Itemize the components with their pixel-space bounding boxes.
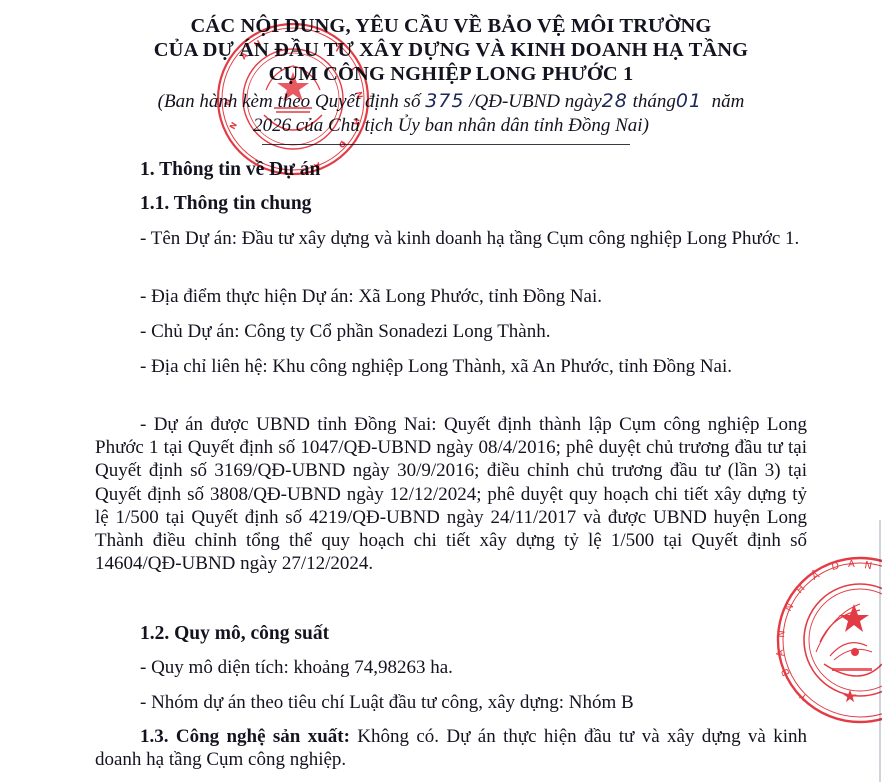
contact-address-item: - Địa chỉ liên hệ: Khu công nghiệp Long … [95, 355, 807, 378]
subtitle-mid-1: /QĐ-UBND ngày [464, 91, 601, 112]
production-technology-item: 1.3. Công nghệ sản xuất: Không có. Dự án… [95, 725, 807, 771]
handwritten-decision-number: 375 [425, 90, 464, 112]
svg-text:H: H [794, 583, 807, 596]
svg-text:Â: Â [848, 557, 855, 570]
project-name-item: - Tên Dự án: Đầu tư xây dựng và kinh doa… [95, 227, 807, 250]
document-subtitle-line-1: (Ban hành kèm theo Quyết định số 375 /QĐ… [95, 89, 807, 114]
document-page: CÁC NỘI DUNG, YÊU CẦU VỀ BẢO VỆ MÔI TRƯỜ… [0, 0, 882, 782]
subtitle-suffix: năm [702, 91, 744, 112]
handwritten-day: 28 [602, 90, 628, 112]
subtitle-mid-2: tháng [628, 91, 676, 112]
svg-text:D: D [831, 561, 841, 573]
subtitle-prefix: (Ban hành kèm theo Quyết định số [158, 91, 426, 112]
section-heading-1: 1. Thông tin về Dự án [140, 158, 320, 182]
svg-text:N: N [783, 602, 796, 614]
area-scale-item: - Quy mô diện tích: khoảng 74,98263 ha. [95, 656, 807, 679]
page-edge-line [879, 520, 881, 782]
handwritten-month: 01 [676, 90, 702, 112]
approval-decisions-item: - Dự án được UBND tỉnh Đồng Nai: Quyết đ… [95, 413, 807, 575]
document-title-line-3: CỤM CÔNG NGHIỆP LONG PHƯỚC 1 [95, 62, 807, 86]
section-heading-1-2: 1.2. Quy mô, công suất [140, 622, 329, 646]
svg-text:N: N [863, 560, 872, 572]
project-location-item: - Địa điểm thực hiện Dự án: Xã Long Phướ… [95, 285, 807, 308]
document-title-line-2: CỦA DỰ ÁN ĐẦU TƯ XÂY DỰNG VÀ KINH DOANH … [95, 38, 807, 62]
document-title-line-1: CÁC NỘI DUNG, YÊU CẦU VỀ BẢO VỆ MÔI TRƯỜ… [95, 14, 807, 38]
svg-text:Â: Â [809, 568, 821, 583]
svg-text:N: N [776, 630, 788, 638]
project-owner-item: - Chủ Dự án: Công ty Cổ phần Sonadezi Lo… [95, 320, 807, 343]
document-subtitle-line-2: 2026 của Chủ tịch Ủy ban nhân dân tỉnh Đ… [95, 114, 807, 138]
section-heading-1-1: 1.1. Thông tin chung [140, 192, 311, 216]
header-divider [262, 144, 630, 145]
project-group-item: - Nhóm dự án theo tiêu chí Luật đầu tư c… [95, 691, 807, 714]
production-technology-label: 1.3. Công nghệ sản xuất: [140, 726, 350, 747]
